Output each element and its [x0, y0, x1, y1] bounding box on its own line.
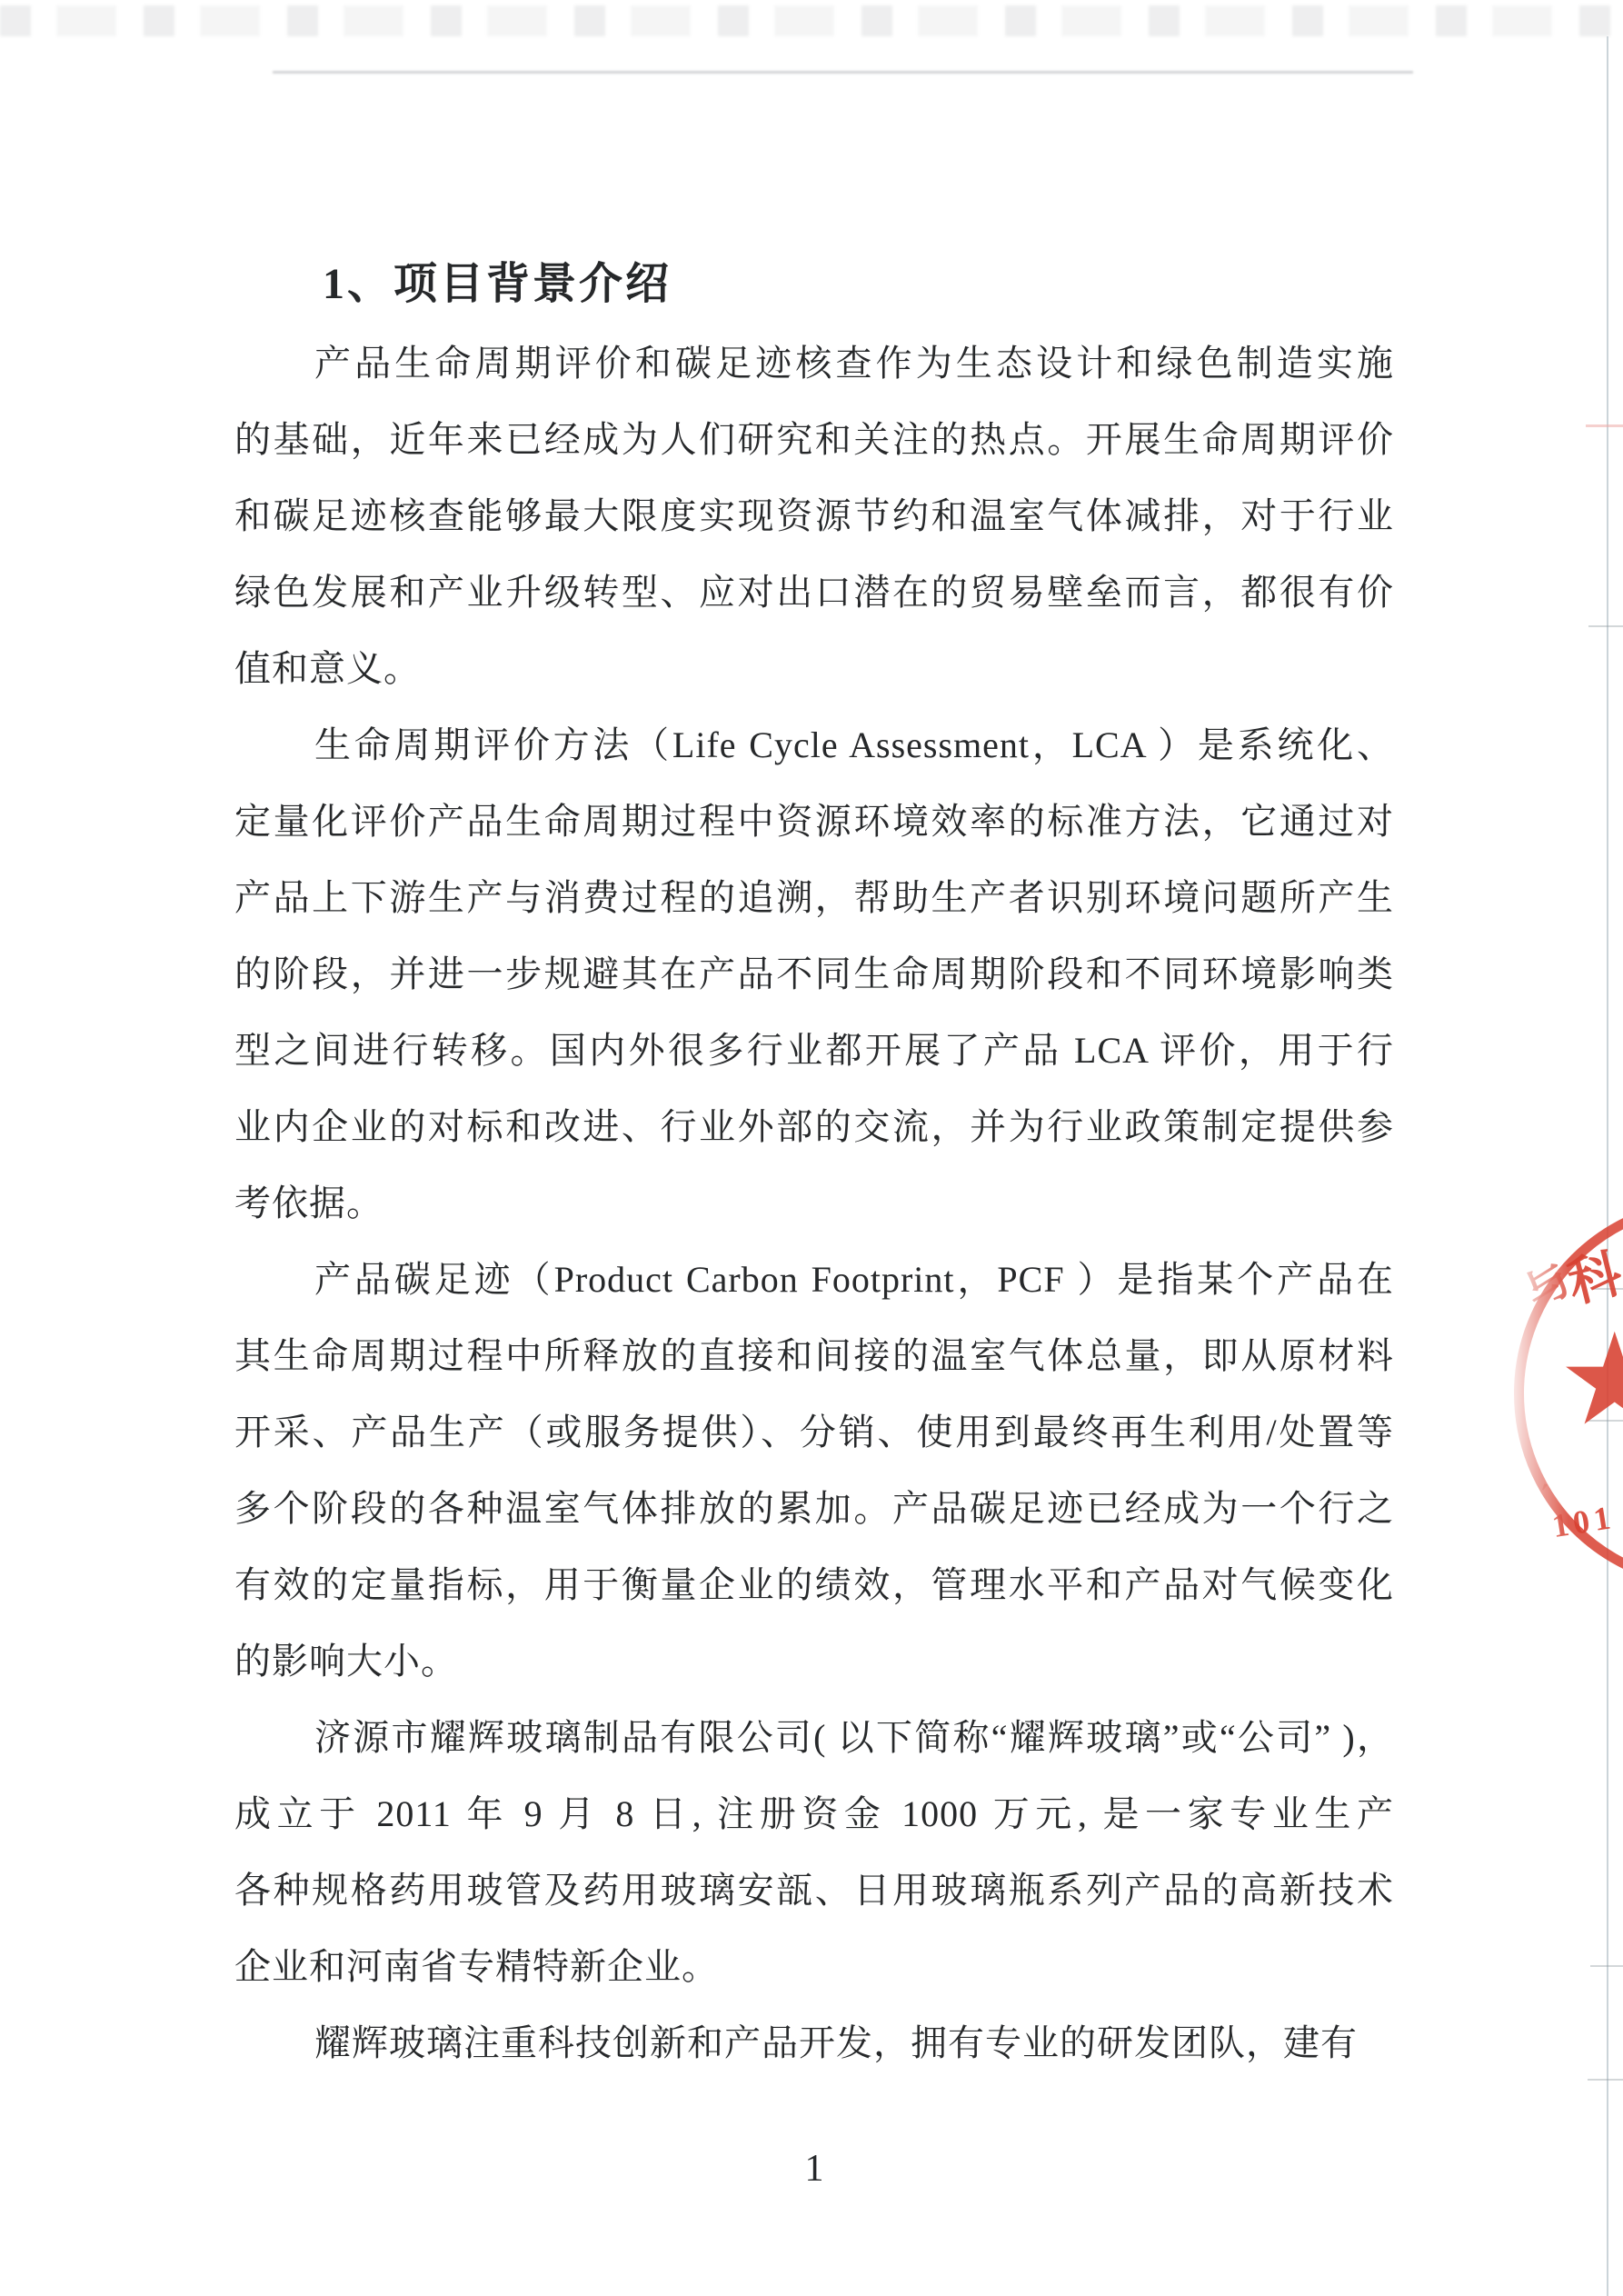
text-line: 济源市耀辉玻璃制品有限公司( 以下简称“耀辉玻璃”或“公司” )，: [234, 1700, 1394, 1776]
body-text: 产品生命周期评价和碳足迹核查作为生态设计和绿色制造实施的基础，近年来已经成为人们…: [234, 325, 1394, 2081]
paragraph: 产品碳足迹（Product Carbon Footprint，PCF ）是指某个…: [234, 1242, 1394, 1700]
scan-bleed-through-streak: [273, 71, 1413, 74]
text-line: 的影响大小。: [234, 1623, 1394, 1700]
text-line: 和碳足迹核查能够最大限度实现资源节约和温室气体减排，对于行业: [234, 478, 1394, 554]
text-line: 业内企业的对标和改进、行业外部的交流，并为行业政策制定提供参: [234, 1089, 1394, 1165]
text-line: 各种规格药用玻管及药用玻璃安瓿、日用玻璃瓶系列产品的高新技术: [234, 1852, 1394, 1929]
text-line: 产品上下游生产与消费过程的追溯，帮助生产者识别环境问题所产生: [234, 860, 1394, 936]
text-line: 生命周期评价方法（Life Cycle Assessment，LCA ）是系统化…: [234, 707, 1394, 784]
paragraph: 济源市耀辉玻璃制品有限公司( 以下简称“耀辉玻璃”或“公司” )，成立于 201…: [234, 1700, 1394, 2005]
stamp-fade-overlay: [1490, 1200, 1623, 1582]
text-line: 成立于 2011 年 9 月 8 日, 注册资金 1000 万元, 是一家专业生…: [234, 1776, 1394, 1852]
paragraph: 生命周期评价方法（Life Cycle Assessment，LCA ）是系统化…: [234, 707, 1394, 1242]
paragraph: 耀辉玻璃注重科技创新和产品开发，拥有专业的研发团队，建有: [234, 2005, 1394, 2081]
text-line: 耀辉玻璃注重科技创新和产品开发，拥有专业的研发团队，建有: [234, 2005, 1394, 2081]
text-line: 产品生命周期评价和碳足迹核查作为生态设计和绿色制造实施: [234, 325, 1394, 402]
text-line: 多个阶段的各种温室气体排放的累加。产品碳足迹已经成为一个行之: [234, 1471, 1394, 1547]
text-line: 值和意义。: [234, 631, 1394, 707]
scan-edge-line: [1607, 36, 1608, 2296]
scan-artifact-line: [1586, 424, 1623, 427]
scan-artifact-line: [1588, 625, 1623, 627]
scanned-document-page: 1、项目背景介绍 产品生命周期评价和碳足迹核查作为生态设计和绿色制造实施的基础，…: [0, 0, 1623, 2296]
text-line: 型之间进行转移。国内外很多行业都开展了产品 LCA 评价，用于行: [234, 1013, 1394, 1089]
scan-bleed-through-band: [0, 5, 1623, 36]
text-line: 的阶段，并进一步规避其在产品不同生命周期阶段和不同环境影响类: [234, 936, 1394, 1013]
red-seal-stamp: 与 科 ★ ′ 101: [1490, 1200, 1623, 1582]
text-line: 的基础，近年来已经成为人们研究和关注的热点。开展生命周期评价: [234, 402, 1394, 478]
text-line: 定量化评价产品生命周期过程中资源环境效率的标准方法，它通过对: [234, 784, 1394, 860]
paragraph: 产品生命周期评价和碳足迹核查作为生态设计和绿色制造实施的基础，近年来已经成为人们…: [234, 325, 1394, 707]
text-line: 企业和河南省专精特新企业。: [234, 1929, 1394, 2005]
section-heading: 1、项目背景介绍: [234, 244, 1394, 325]
page-number: 1: [234, 2141, 1394, 2196]
text-line: 开采、产品生产（或服务提供）、分销、使用到最终再生利用/处置等: [234, 1394, 1394, 1471]
text-line: 产品碳足迹（Product Carbon Footprint，PCF ）是指某个…: [234, 1242, 1394, 1318]
text-line: 其生命周期过程中所释放的直接和间接的温室气体总量，即从原材料: [234, 1318, 1394, 1394]
text-line: 有效的定量指标，用于衡量企业的绩效，管理水平和产品对气候变化: [234, 1547, 1394, 1623]
scan-artifact-line: [1588, 2079, 1623, 2081]
text-line: 考依据。: [234, 1165, 1394, 1242]
text-line: 绿色发展和产业升级转型、应对出口潜在的贸易壁垒而言，都很有价: [234, 554, 1394, 631]
scan-artifact-line: [1590, 1965, 1623, 1967]
